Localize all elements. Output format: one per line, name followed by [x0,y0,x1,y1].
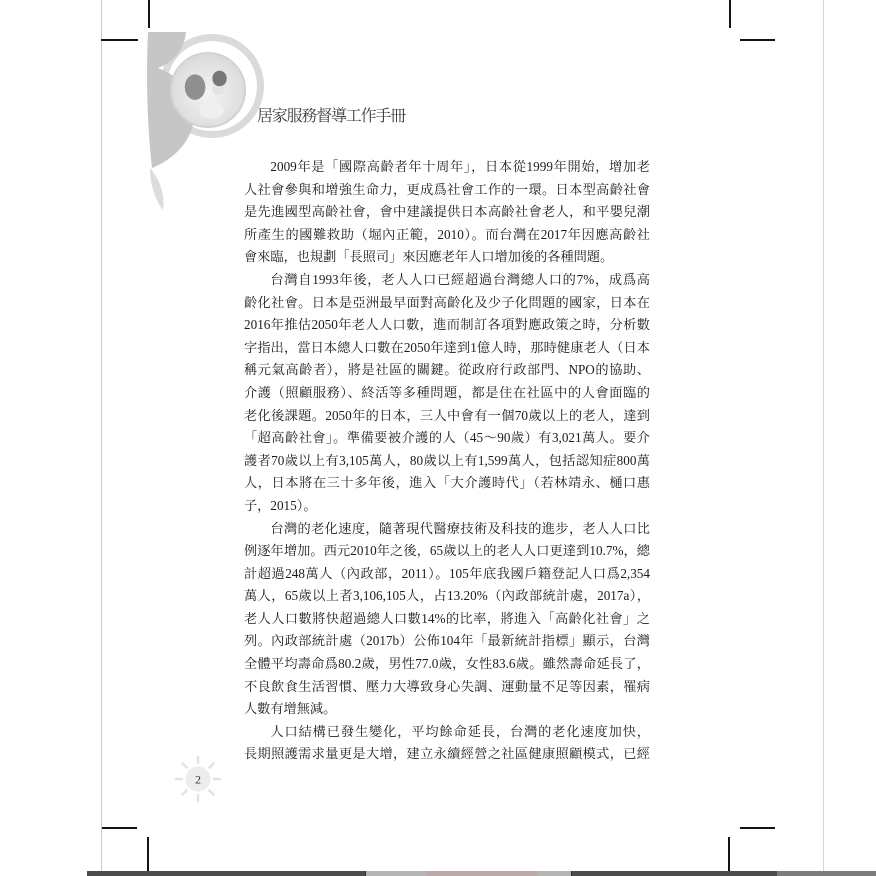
crop-mark-bottom-right-horizontal [740,827,775,829]
book-edge-right-segment [777,871,876,876]
text-line: 會來臨，也規劃「長照司」來因應老年人口增加後的各種問題。 [244,246,650,269]
text-line: 人，日本將在三十多年後，進入「大介護時代」（若林靖永、樋口惠 [244,472,650,495]
text-line: 台灣的老化速度，隨著現代醫療技術及科技的進步，老人人口比 [244,518,650,541]
paragraph: 台灣自1993年後，老人人口已經超過台灣總人口的7%，成爲高齡化社會。日本是亞洲… [244,269,650,518]
header-photo-elderly-and-caregiver [170,52,246,128]
text-line: 人數有增無減。 [244,698,650,721]
text-line: 長期照護需求量更是大增，建立永續經營之社區健康照顧模式，已經 [244,743,650,766]
text-line: 萬人，65歲以上者3,106,105人，占13.20%（內政部統計處，2017a… [244,585,650,608]
book-edge-scan-bar [87,871,876,876]
scanned-book-page: 居家服務督導工作手冊 2009年是「國際高齡者年十周年」，日本從1999年開始，… [0,0,876,876]
text-line: 稱元氣高齡者），將是社區的關鍵。從政府行政部門、NPO的協助、 [244,359,650,382]
paragraph: 2009年是「國際高齡者年十周年」，日本從1999年開始，增加老人社會參與和增強… [244,156,650,269]
text-line: 字指出，當日本總人口數在2050年達到1億人時，那時健康老人（日本 [244,337,650,360]
text-line: 子，2015）。 [244,495,650,518]
text-line: 不良飲食生活習慣、壓力大導致身心失調、運動量不足等因素，罹病 [244,676,650,699]
text-line: 老人人口數將快超過總人口數14%的比率，將進入「高齡化社會」之 [244,608,650,631]
text-line: 「超高齡社會」。準備要被介護的人（45～90歲）有3,021萬人。要介 [244,427,650,450]
body-text: 2009年是「國際高齡者年十周年」，日本從1999年開始，增加老人社會參與和增強… [244,156,650,766]
crop-mark-top-right-horizontal [740,39,775,41]
page-edge-left [101,0,102,871]
text-line: 介護（照顧服務）、終活等多種問題，都是住在社區中的人會面臨的 [244,382,650,405]
text-line: 全體平均壽命爲80.2歲，男性77.0歲，女性83.6歲。雖然壽命延長了， [244,653,650,676]
text-line: 計超過248萬人（內政部，2011）。105年底我國戶籍登記人口爲2,354 [244,563,650,586]
gray-swoosh-tail [150,168,163,210]
text-line: 2009年是「國際高齡者年十周年」，日本從1999年開始，增加老 [244,156,650,179]
page-number: 2 [195,773,201,787]
text-line: 人口結構已發生變化，平均餘命延長，台灣的老化速度加快， [244,721,650,744]
page-edge-right [823,0,824,871]
crop-mark-bottom-left-vertical [147,837,149,871]
text-line: 齡化社會。日本是亞洲最早面對高齡化及少子化問題的國家，日本在 [244,292,650,315]
text-line: 所產生的國難救助（堀內正範，2010）。而台灣在2017年因應高齡社 [244,224,650,247]
text-line: 台灣自1993年後，老人人口已經超過台灣總人口的7%，成爲高 [244,269,650,292]
book-title: 居家服務督導工作手冊 [257,103,477,127]
page-number-sun: 2 [172,753,224,805]
text-line: 2016年推估2050年老人人口數，進而制訂各項對應政策之時，分析數 [244,314,650,337]
crop-mark-top-right-vertical [729,0,731,28]
text-line: 是先進國型高齡社會，會中建議提供日本高齡社會老人，和平嬰兒潮 [244,201,650,224]
paragraph: 台灣的老化速度，隨著現代醫療技術及科技的進步，老人人口比例逐年增加。西元2010… [244,518,650,721]
text-line: 老化後課題。2050年的日本，三人中會有一個70歲以上的老人，達到 [244,405,650,428]
book-edge-pink-segment [427,871,537,876]
paragraph: 人口結構已發生變化，平均餘命延長，台灣的老化速度加快，長期照護需求量更是大增，建… [244,721,650,766]
text-line: 例逐年增加。西元2010年之後，65歲以上的老人人口更達到10.7%，總 [244,540,650,563]
text-line: 人社會參與和增強生命力，更成爲社會工作的一環。日本型高齡社會 [244,179,650,202]
text-line: 護者70歲以上有3,105萬人，80歲以上有1,599萬人，包括認知症800萬 [244,450,650,473]
crop-mark-bottom-left-horizontal [102,827,137,829]
crop-mark-bottom-right-vertical [728,837,730,871]
sun-icon: 2 [172,753,224,805]
text-line: 列。內政部統計處（2017b）公佈104年「最新統計指標」顯示，台灣 [244,630,650,653]
